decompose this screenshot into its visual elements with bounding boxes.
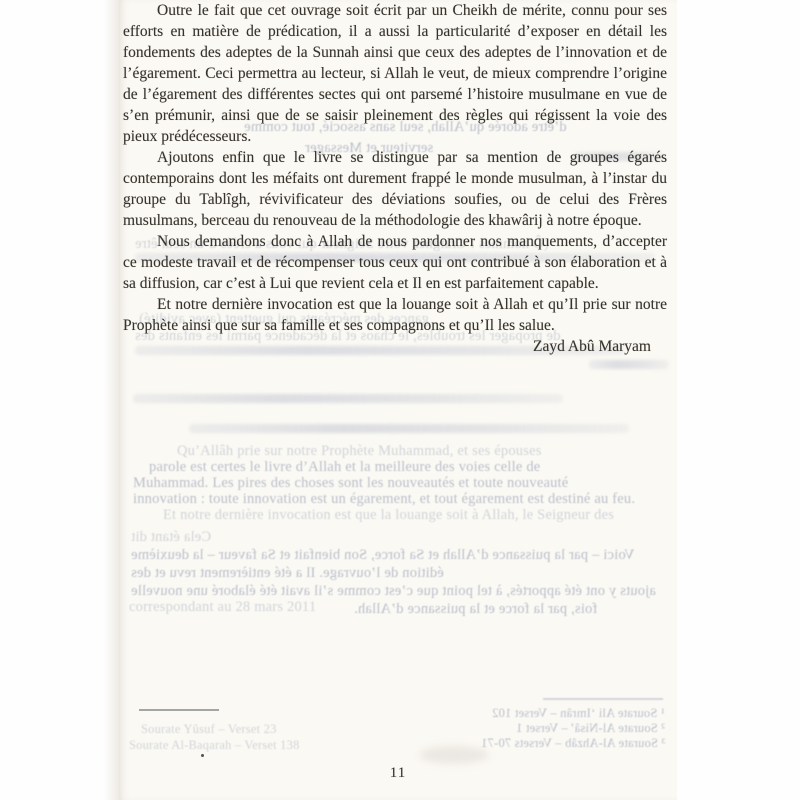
footnote-rule xyxy=(139,709,219,711)
paragraph: Outre le fait que cet ouvrage soit écrit… xyxy=(123,0,667,147)
bleed-through-line: Voici – par la puissance d’Allah et Sa f… xyxy=(131,547,635,563)
paragraph: Nous demandons donc à Allah de nous pard… xyxy=(123,231,667,294)
paragraph: Et notre dernière invocation est que la … xyxy=(123,294,667,336)
bleed-through-footnote: ² Sourate Al-Nisâ’ – Verset 1 xyxy=(516,720,665,736)
bleed-through-smudge xyxy=(589,360,669,369)
author-signature: Zayd Abû Maryam xyxy=(123,336,667,357)
bleed-through-footnote: ¹ Sourate Ali ‘Imrân – Verset 102 xyxy=(492,705,665,721)
paragraph: Ajoutons enfin que le livre se distingue… xyxy=(123,147,667,231)
bleed-through-line: fois, par la force et la puissance d’All… xyxy=(354,601,597,617)
text-block: Outre le fait que cet ouvrage soit écrit… xyxy=(123,0,667,357)
scan-smudge xyxy=(419,746,489,764)
bleed-through-line: Et notre dernière invocation est que la … xyxy=(163,507,614,523)
bleed-through-footnote: ³ Sourate Al-Ahzâb – Versets 70-71 xyxy=(481,735,665,751)
bleed-through-line: édition de l’ouvrage. Il a été entièreme… xyxy=(131,565,444,581)
bleed-through-smudge xyxy=(189,424,629,433)
bleed-through-line: Muhammad. Les pires des choses sont les … xyxy=(133,475,568,491)
bleed-through-footnote: Sourate Al-Baqarah – Verset 138 xyxy=(129,737,300,753)
page-number: 11 xyxy=(119,765,677,782)
bleed-through-line: Qu’Allâh prie sur notre Prophète Muhamma… xyxy=(177,443,542,459)
ink-speck xyxy=(201,754,204,757)
bleed-through-footnote: Sourate Yûsuf – Verset 23 xyxy=(141,721,277,737)
bleed-through-smudge xyxy=(133,394,563,403)
bleed-through-line: ajouts y ont été apportés, à tel point q… xyxy=(131,583,656,599)
bleed-through-line: innovation : toute innovation est un éga… xyxy=(133,491,635,507)
bleed-through-line: parole est certes le livre d’Allah et la… xyxy=(149,459,540,475)
footnote-rule-ghost xyxy=(543,698,663,700)
bleed-through-line: correspondant au 28 mars 2011 xyxy=(129,599,316,615)
bleed-through-line: Cela étant dit xyxy=(131,529,211,545)
scanned-book-page: d’être adorée qu’Allah, seul sans associ… xyxy=(118,0,677,800)
